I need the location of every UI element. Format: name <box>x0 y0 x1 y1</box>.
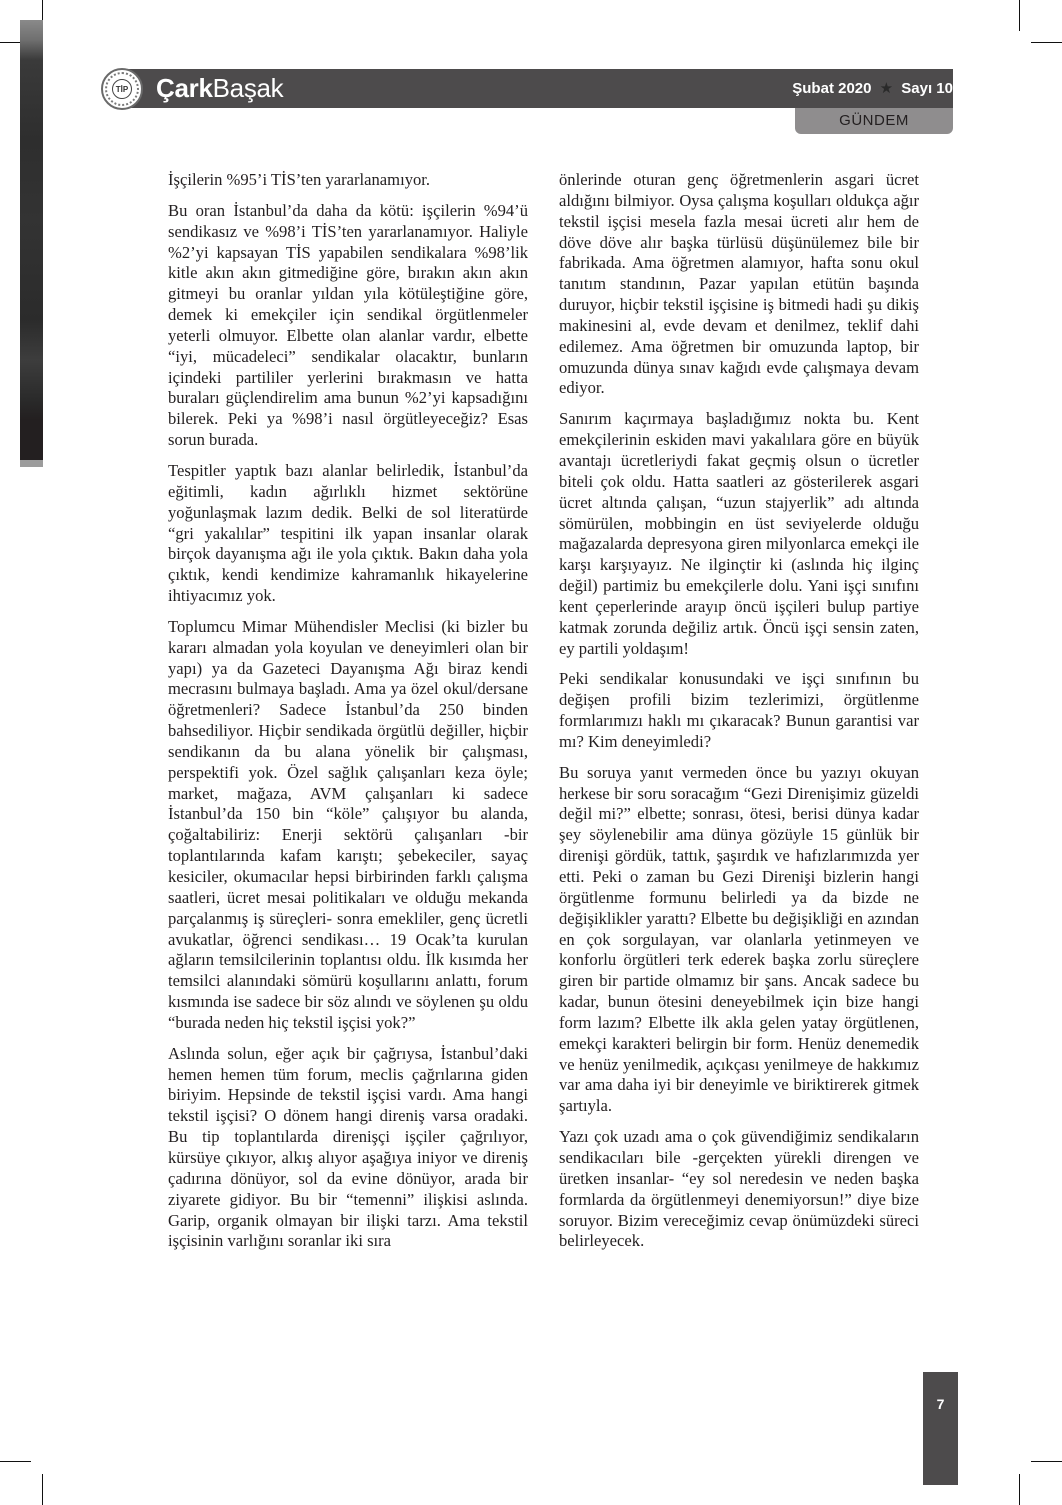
crop-mark-top-right-vertical <box>1019 0 1020 31</box>
issue-date: Şubat 2020 <box>792 80 871 97</box>
right-column: önlerinde oturan genç öğretmenlerin asga… <box>559 170 919 1262</box>
crop-mark-bottom-left-horizontal <box>0 1461 31 1462</box>
paragraph: Tespitler yaptık bazı alanlar belirledik… <box>168 461 528 607</box>
brand-bold: Çark <box>156 73 213 103</box>
crop-mark-top-right-horizontal <box>1031 42 1062 43</box>
paragraph: Bu oran İstanbul’da daha da kötü: işçile… <box>168 201 528 451</box>
section-label: GÜNDEM <box>795 108 953 134</box>
magazine-title: ÇarkBaşak <box>156 72 283 105</box>
paragraph: Bu soruya yanıt vermeden önce bu yazıyı … <box>559 763 919 1117</box>
paragraph: Peki sendikalar konusundaki ve işçi sını… <box>559 669 919 752</box>
paragraph: önlerinde oturan genç öğretmenlerin asga… <box>559 170 919 399</box>
paragraph: İşçilerin %95’i TİS’ten yararlanamıyor. <box>168 170 528 191</box>
crop-mark-bottom-left-vertical <box>42 1474 43 1505</box>
paragraph: Yazı çok uzadı ama o çok güvendiğimiz se… <box>559 1127 919 1252</box>
issue-number: Sayı 10 <box>901 80 953 97</box>
paragraph: Aslında solun, eğer açık bir çağrıysa, İ… <box>168 1044 528 1252</box>
crop-mark-bottom-right-vertical <box>1019 1474 1020 1505</box>
paragraph: Toplumcu Mimar Mühendisler Meclisi (ki b… <box>168 617 528 1034</box>
logo-text: TİP <box>112 79 132 99</box>
page-number: 7 <box>923 1372 958 1485</box>
crop-mark-bottom-right-horizontal <box>1031 1461 1062 1462</box>
star-icon: ★ <box>880 80 893 97</box>
left-column: İşçilerin %95’i TİS’ten yararlanamıyor. … <box>168 170 528 1262</box>
issue-info: Şubat 2020 ★ Sayı 10 <box>792 69 953 108</box>
tip-logo-icon: TİP <box>101 68 143 110</box>
paragraph: Sanırım kaçırmaya başladığımız nokta bu.… <box>559 409 919 659</box>
photo-bleed-strip <box>20 20 43 467</box>
brand-regular: Başak <box>213 73 284 103</box>
